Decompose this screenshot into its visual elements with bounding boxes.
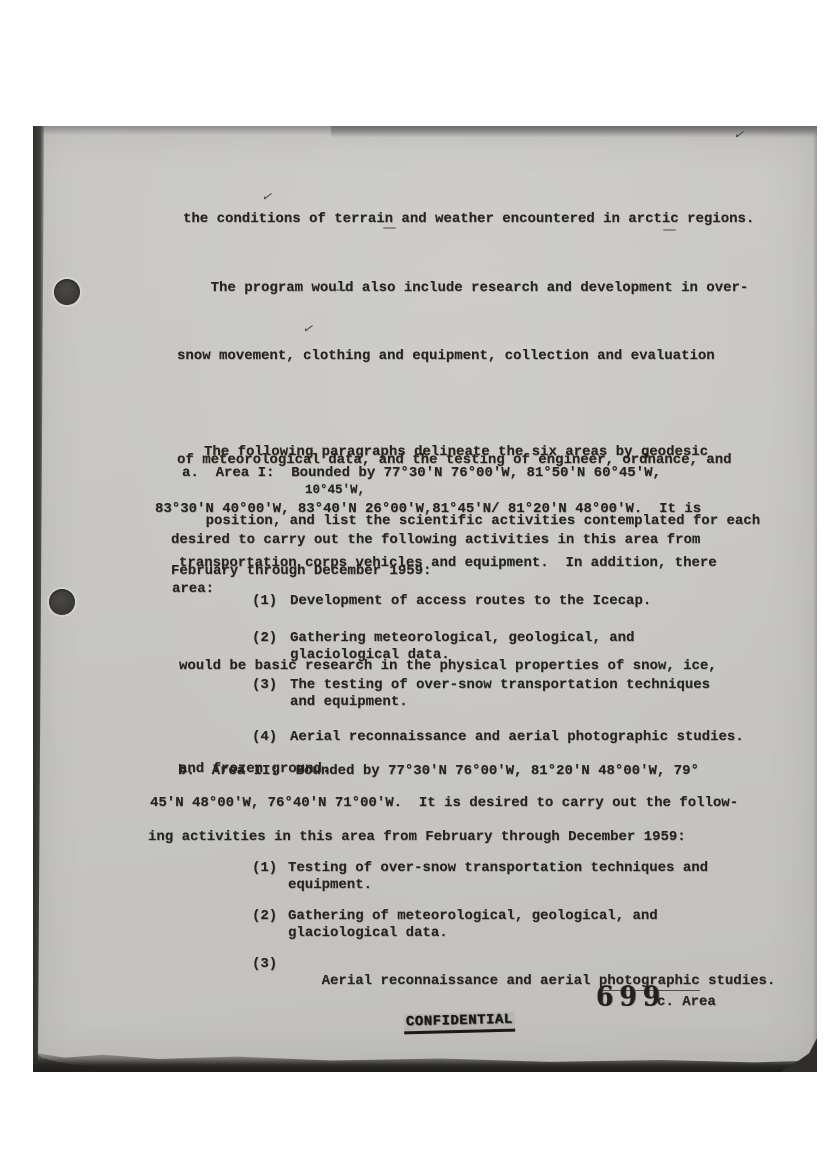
text-line: The program would also include research … — [211, 280, 749, 296]
punch-hole — [49, 589, 75, 615]
list-item-number: (1) — [252, 593, 277, 610]
list-item-text: Testing of over-snow transportation tech… — [288, 860, 708, 877]
list-item-text: glaciological data. — [290, 647, 450, 664]
pencil-mark — [663, 229, 676, 231]
list-item-number: (1) — [252, 860, 277, 877]
area2-intro-line: b. Area II: Bounded by 77°30'N 76°00'W, … — [178, 763, 699, 780]
list-item-text: Development of access routes to the Icec… — [290, 593, 651, 610]
pencil-mark — [336, 289, 349, 291]
list-item-text: glaciological data. — [288, 925, 448, 942]
list-item-text: equipment. — [288, 877, 372, 894]
text-segment: studies. — [700, 973, 776, 989]
list-item-text: Gathering of meteorological, geological,… — [288, 908, 658, 925]
page-bottom-edge-shadow — [33, 1048, 817, 1072]
punch-hole — [54, 279, 80, 305]
list-item-number: (3) — [252, 956, 277, 973]
pencil-mark — [383, 227, 396, 229]
list-item-text: The testing of over-snow transportation … — [290, 677, 710, 694]
page-left-edge-shadow — [33, 126, 46, 1062]
area1-intro-line: 83°30'N 40°00'W, 83°40'N 26°00'W,81°45'N… — [155, 501, 701, 518]
list-item-text: Aerial reconnaissance and aerial photogr… — [290, 729, 744, 746]
list-item-number: (2) — [252, 908, 277, 925]
screenshot-root: { "document": { "para1_lines": [ "the co… — [0, 0, 828, 1169]
list-item-number: (4) — [252, 729, 277, 746]
area1-typed-insertion: 10°45'W, — [305, 482, 365, 499]
text-line: the conditions of terrain and weather en… — [177, 202, 754, 236]
list-item-number: (2) — [252, 630, 277, 647]
area1-intro-line: desired to carry out the following activ… — [171, 532, 700, 549]
page-right-edge-shadow — [813, 126, 817, 1072]
scanned-document-page: the conditions of terrain and weather en… — [33, 126, 817, 1072]
list-item-text: and equipment. — [290, 694, 408, 711]
area2-intro-line: ing activities in this area from Februar… — [148, 829, 686, 846]
continuation-catchword: c. Area — [657, 994, 716, 1011]
list-item-text: Gathering meteorological, geological, an… — [290, 630, 634, 647]
text-segment: Aerial reconnaissance and aerial — [322, 973, 599, 989]
area2-intro-line: 45'N 48°00'W, 76°40'N 71°00'W. It is des… — [150, 795, 738, 812]
confidential-stamp: CONFIDENTIAL — [404, 1012, 515, 1035]
area1-intro-line: February through December 1959: — [171, 563, 431, 580]
area1-intro-line: a. Area I: Bounded by 77°30'N 76°00'W, 8… — [182, 465, 661, 482]
list-item-number: (3) — [252, 677, 277, 694]
page-number-stamp: 699 — [596, 981, 666, 1012]
